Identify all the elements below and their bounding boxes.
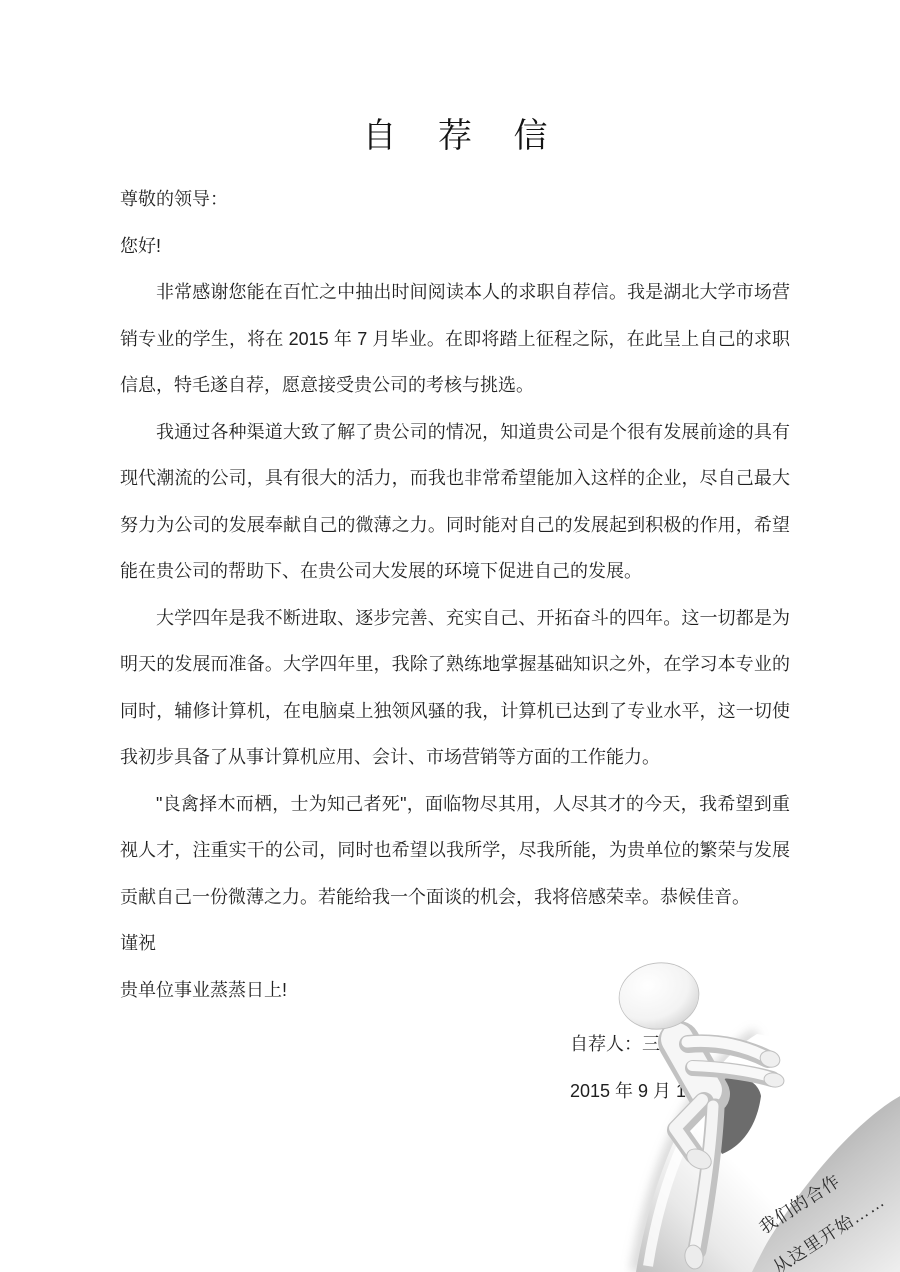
- salutation-line: 尊敬的领导：: [120, 176, 790, 223]
- letter-page: 自 荐 信 尊敬的领导： 您好! 非常感谢您能在百忙之中抽出时间阅读本人的求职自…: [0, 0, 900, 1272]
- curl-slogan-line2: 从这里开始……: [769, 1190, 889, 1272]
- paragraph-1: 非常感谢您能在百忙之中抽出时间阅读本人的求职自荐信。我是湖北大学市场营销专业的学…: [120, 269, 790, 409]
- closing-salute: 谨祝: [120, 920, 790, 967]
- under-page-corner: [750, 1096, 900, 1272]
- figure-foot-bent: [683, 1145, 714, 1173]
- paragraph-4: "良禽择木而栖，士为知己者死"，面临物尽其用，人尽其才的今天，我希望到重视人才，…: [120, 781, 790, 921]
- figure-leg-long-light: [695, 1106, 713, 1248]
- curl-slogan-line1: 我们的合作: [755, 1170, 843, 1237]
- signature-block: 自荐人：三木水 2015 年 9 月 1 日: [120, 1021, 790, 1114]
- figure-foot-long: [683, 1244, 705, 1271]
- closing-wish: 贵单位事业蒸蒸日上!: [120, 967, 790, 1014]
- paragraph-3: 大学四年是我不断进取、逐步完善、充实自己、开拓奋斗的四年。这一切都是为明天的发展…: [120, 595, 790, 781]
- signature-name: 自荐人：三木水: [120, 1021, 790, 1068]
- signature-date: 2015 年 9 月 1 日: [120, 1068, 790, 1115]
- figure-leg-long: [697, 1108, 715, 1250]
- letter-content: 自 荐 信 尊敬的领导： 您好! 非常感谢您能在百忙之中抽出时间阅读本人的求职自…: [120, 112, 790, 1114]
- paragraph-2: 我通过各种渠道大致了解了贵公司的情况，知道贵公司是个很有发展前途的具有现代潮流的…: [120, 409, 790, 595]
- page-title: 自 荐 信: [120, 112, 790, 160]
- greeting-line: 您好!: [120, 223, 790, 270]
